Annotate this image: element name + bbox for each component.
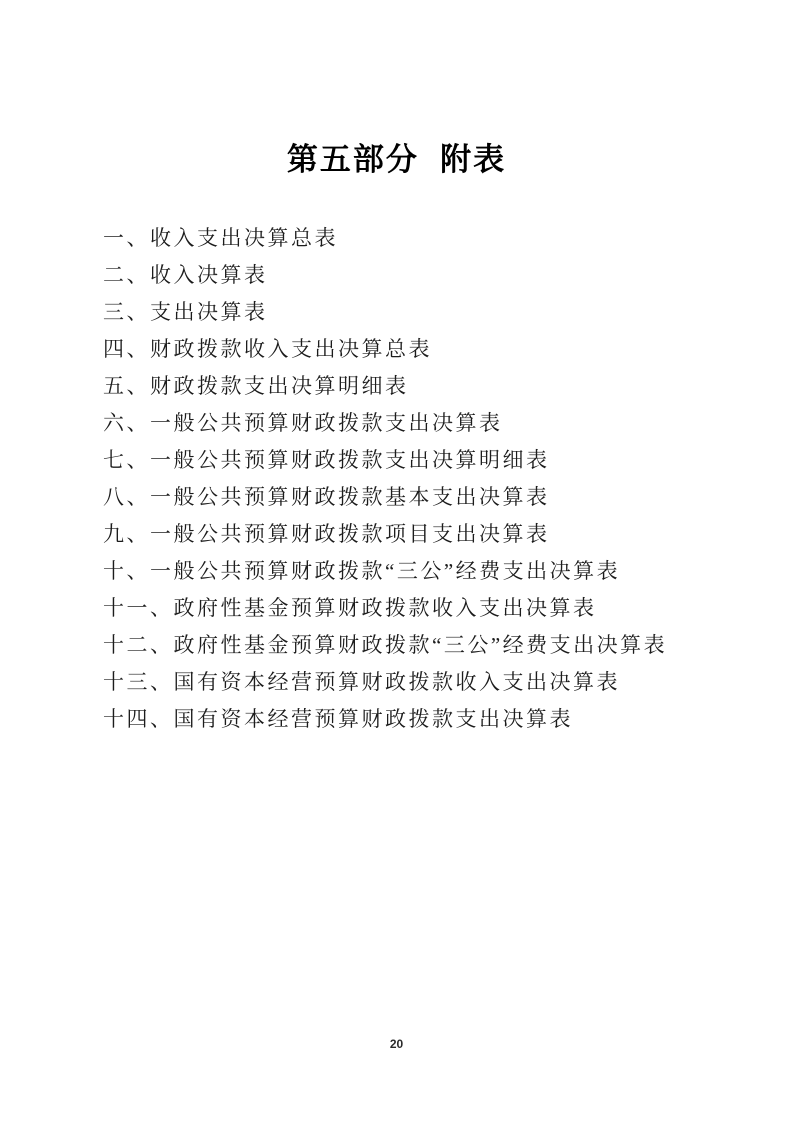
toc-item-7: 七、一般公共预算财政拨款支出决算明细表 (103, 442, 733, 479)
page-number: 20 (0, 1037, 793, 1051)
page-title: 第五部分 附表 (0, 140, 793, 180)
toc-item-13: 十三、国有资本经营预算财政拨款收入支出决算表 (103, 664, 733, 701)
toc-item-4: 四、财政拨款收入支出决算总表 (103, 331, 733, 368)
toc-list: 一、收入支出决算总表 二、收入决算表 三、支出决算表 四、财政拨款收入支出决算总… (103, 220, 733, 738)
toc-item-11: 十一、政府性基金预算财政拨款收入支出决算表 (103, 590, 733, 627)
toc-item-9: 九、一般公共预算财政拨款项目支出决算表 (103, 516, 733, 553)
toc-item-12: 十二、政府性基金预算财政拨款“三公”经费支出决算表 (103, 627, 733, 664)
toc-item-10: 十、一般公共预算财政拨款“三公”经费支出决算表 (103, 553, 733, 590)
toc-item-14: 十四、国有资本经营预算财政拨款支出决算表 (103, 701, 733, 738)
toc-item-8: 八、一般公共预算财政拨款基本支出决算表 (103, 479, 733, 516)
toc-item-3: 三、支出决算表 (103, 294, 733, 331)
toc-item-5: 五、财政拨款支出决算明细表 (103, 368, 733, 405)
toc-item-2: 二、收入决算表 (103, 257, 733, 294)
toc-item-6: 六、一般公共预算财政拨款支出决算表 (103, 405, 733, 442)
document-page: 第五部分 附表 一、收入支出决算总表 二、收入决算表 三、支出决算表 四、财政拨… (0, 0, 793, 1122)
toc-item-1: 一、收入支出决算总表 (103, 220, 733, 257)
